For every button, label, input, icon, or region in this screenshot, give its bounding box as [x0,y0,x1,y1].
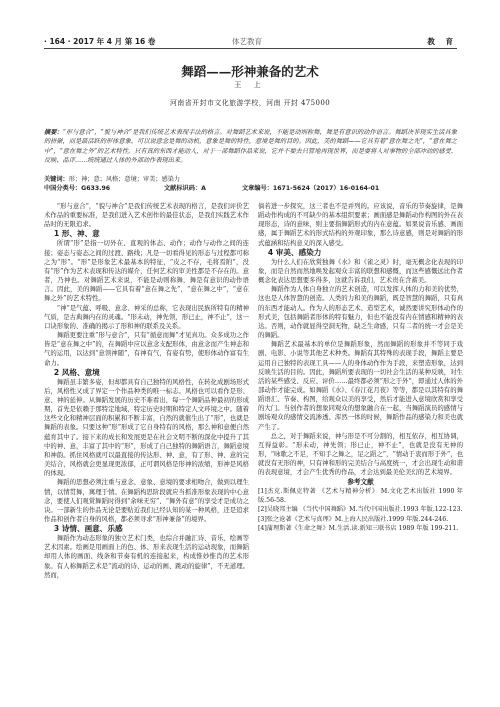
reference-item: [3]张之沧著《艺术与真理》M.上海人民出版社.1999 年版.244-246. [258,515,463,524]
journal-name: 体艺教育 [232,37,262,47]
issue-info: · 164 · 2017 年 4 月 第 16 卷 [44,37,155,47]
paragraph: 舞蹈的思想必须注重与意念、意象、意境的要求相吻合，做到以理生情，以情贯舞，寓理于… [44,478,249,524]
abstract: 摘要：“形与意合”，“貌与神合”是我们传统艺术表现手法的格言。对舞蹈艺术来说，不… [44,128,457,165]
references-heading: 参考文献 [258,478,463,488]
paragraph: “神”是气蕴、呼吸、意念、神采的总称，它表现出民族所特有的精神气质，是古典舞内在… [44,304,249,331]
paragraph: 舞蹈虽丰繁多姿，但却都具有自己独特的风格性，在转化成剧场形式后，风格性又成了界定… [44,378,249,479]
paragraph: 所谓“形”是指一切外在、直观的体态、动作；动作与动作之间的连接；姿态与姿态之间的… [44,239,249,303]
running-header: · 164 · 2017 年 4 月 第 16 卷 体艺教育 教 育 [44,37,457,49]
reference-item: [2]吴晓邦主编 《当代中国舞蹈》M.当代中国出版社.1993 年版.122-1… [258,505,463,514]
paragraph: 总之，对于舞蹈来说，神与形是不可分割的，相互依存，相互协调，互得益彰。“形未动，… [258,432,463,478]
abstract-label: 摘要： [44,129,63,136]
author-name: 王 上 [0,80,500,90]
section-heading: 4 审美、感染力 [258,248,463,258]
paragraph: 为什么人们在欣赏独舞《水》和《雀之灵》时，毫无概念化表现的印象，而是自然而然地唤… [258,258,463,285]
section-name: 教 育 [427,37,457,47]
clc-number: 中国分类号：G633.96 [44,184,110,193]
keywords-text: 形；神；意；风格；意境；审美；感染力 [69,176,180,183]
section-heading: 1 形、神、意 [44,229,249,239]
article-number: 文章编号：1671-5624（2017）16-0164-01 [242,184,379,193]
paragraph: 舞蹈作为动态形象的独立艺术门类，也综合并融汇诗、音乐、绘画等艺术因素。绘画是用画… [44,534,249,580]
reference-item: [4]蒲理斯著《生命之舞》M.生活.读.新知三联书店 1989 年版 199-2… [258,524,463,533]
paragraph: 舞蹈更要注重“形与意合”，只有“循意而舞”才见真功。众多成功之作皆是“意在舞之中… [44,331,249,368]
paragraph: “形与意合”，“貌与神合”是我们传统艺术表现的格言，是我们评价艺术作品的重要标准… [44,202,249,229]
body-right-column: 倘若进一步探究，这三者也不是并列的。应该说，音乐的节奏旋律，是舞蹈动作构成的不可… [258,202,463,533]
section-heading: 2 风格、意境 [44,368,249,378]
body-left-column: “形与意合”，“貌与神合”是我们传统艺术表现的格言，是我们评价艺术作品的重要标准… [44,202,249,580]
abstract-text: “形与意合”，“貌与神合”是我们传统艺术表现手法的格言。对舞蹈艺术来说，不能是动… [44,129,457,164]
article-title: 舞蹈——形神兼备的艺术 [0,62,500,80]
paragraph: 舞蹈作为人体自身独立的艺术创造，可以发挥人体的力和美的优势，这也是人体智慧的创造… [258,285,463,340]
keywords: 关键词：形；神；意；风格；意境；审美；感染力 [44,175,457,184]
keywords-label: 关键词： [44,176,69,183]
paragraph: 倘若进一步探究，这三者也不是并列的。应该说，音乐的节奏旋律，是舞蹈动作构成的不可… [258,202,463,248]
section-heading: 3 诗情、画意、乐感 [44,524,249,534]
document-code: 文献标识码：A [164,184,206,193]
paragraph: 舞蹈艺术最基本的单位是舞蹈形象，然而舞蹈的形象并不等同于戏剧、电影、小说等其他艺… [258,340,463,432]
author-affiliation: 河南省开封市文化旅游学校，河南 开封 475000 [0,98,500,108]
reference-item: [1]杰克.斯佩克特著 《艺术与精神分析》 M.文化艺术出版社 1990 年版.… [258,487,463,505]
